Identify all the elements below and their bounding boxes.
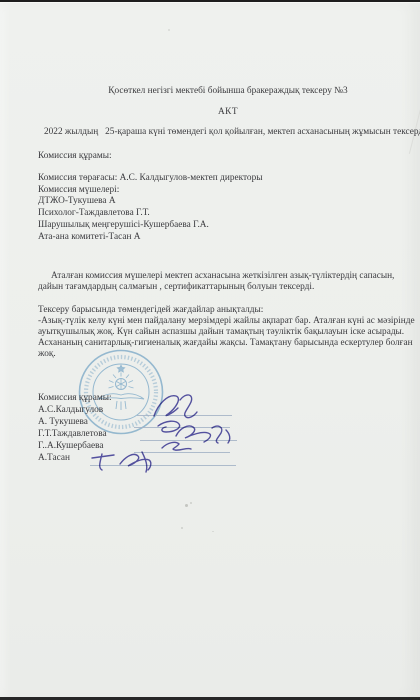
commission-line-chairman: Комиссия төрағасы: А.С. Калдыгулов-мекте…: [38, 173, 408, 185]
commission-line-members-label: Комиссия мүшелері:: [38, 185, 408, 197]
scan-edge-top-highlight: [0, 2, 420, 3]
scan-speck: [181, 527, 183, 529]
signature-ink-4: [162, 442, 191, 450]
commission-list: Комиссия төрағасы: А.С. Калдыгулов-мекте…: [38, 173, 408, 243]
commission-line-member-4: Ата-ана комитеті-Тасан А: [38, 232, 408, 244]
scan-speck: [185, 504, 188, 507]
date-line: 2022 жылдың 25-қараша күні төмендегі қол…: [44, 127, 420, 139]
commission-heading: Комиссия құрамы:: [38, 151, 112, 163]
act-heading: АКТ: [36, 107, 420, 119]
commission-line-member-2: Психолог-Таждавлетова Г.Т.: [38, 208, 408, 220]
signature-ink-3: [176, 426, 230, 443]
handwritten-signatures: [78, 390, 263, 478]
scan-speck: [190, 502, 192, 504]
signature-ink-5: [92, 452, 151, 472]
scanned-document-page: Қосөткел негізгі мектебі бойынша бракера…: [0, 0, 420, 700]
signatory-name-5: А.Тасан: [38, 453, 70, 465]
scan-speck: [168, 29, 170, 31]
scan-speck: [212, 531, 214, 532]
signature-ink-2: [158, 421, 180, 432]
signature-ink-1: [154, 395, 197, 418]
inspection-paragraph: Аталған комиссия мүшелері мектеп асханас…: [38, 271, 418, 294]
commission-line-member-3: Шарушылық меңгерушісі-Кушербаева Г.А.: [38, 220, 408, 232]
document-title: Қосөткел негізгі мектебі бойынша бракера…: [36, 86, 420, 98]
findings-heading: Тексеру барысында төмендегідей жағдайлар…: [38, 305, 419, 316]
commission-line-member-1: ДТЖО-Тукушева А: [38, 196, 408, 208]
